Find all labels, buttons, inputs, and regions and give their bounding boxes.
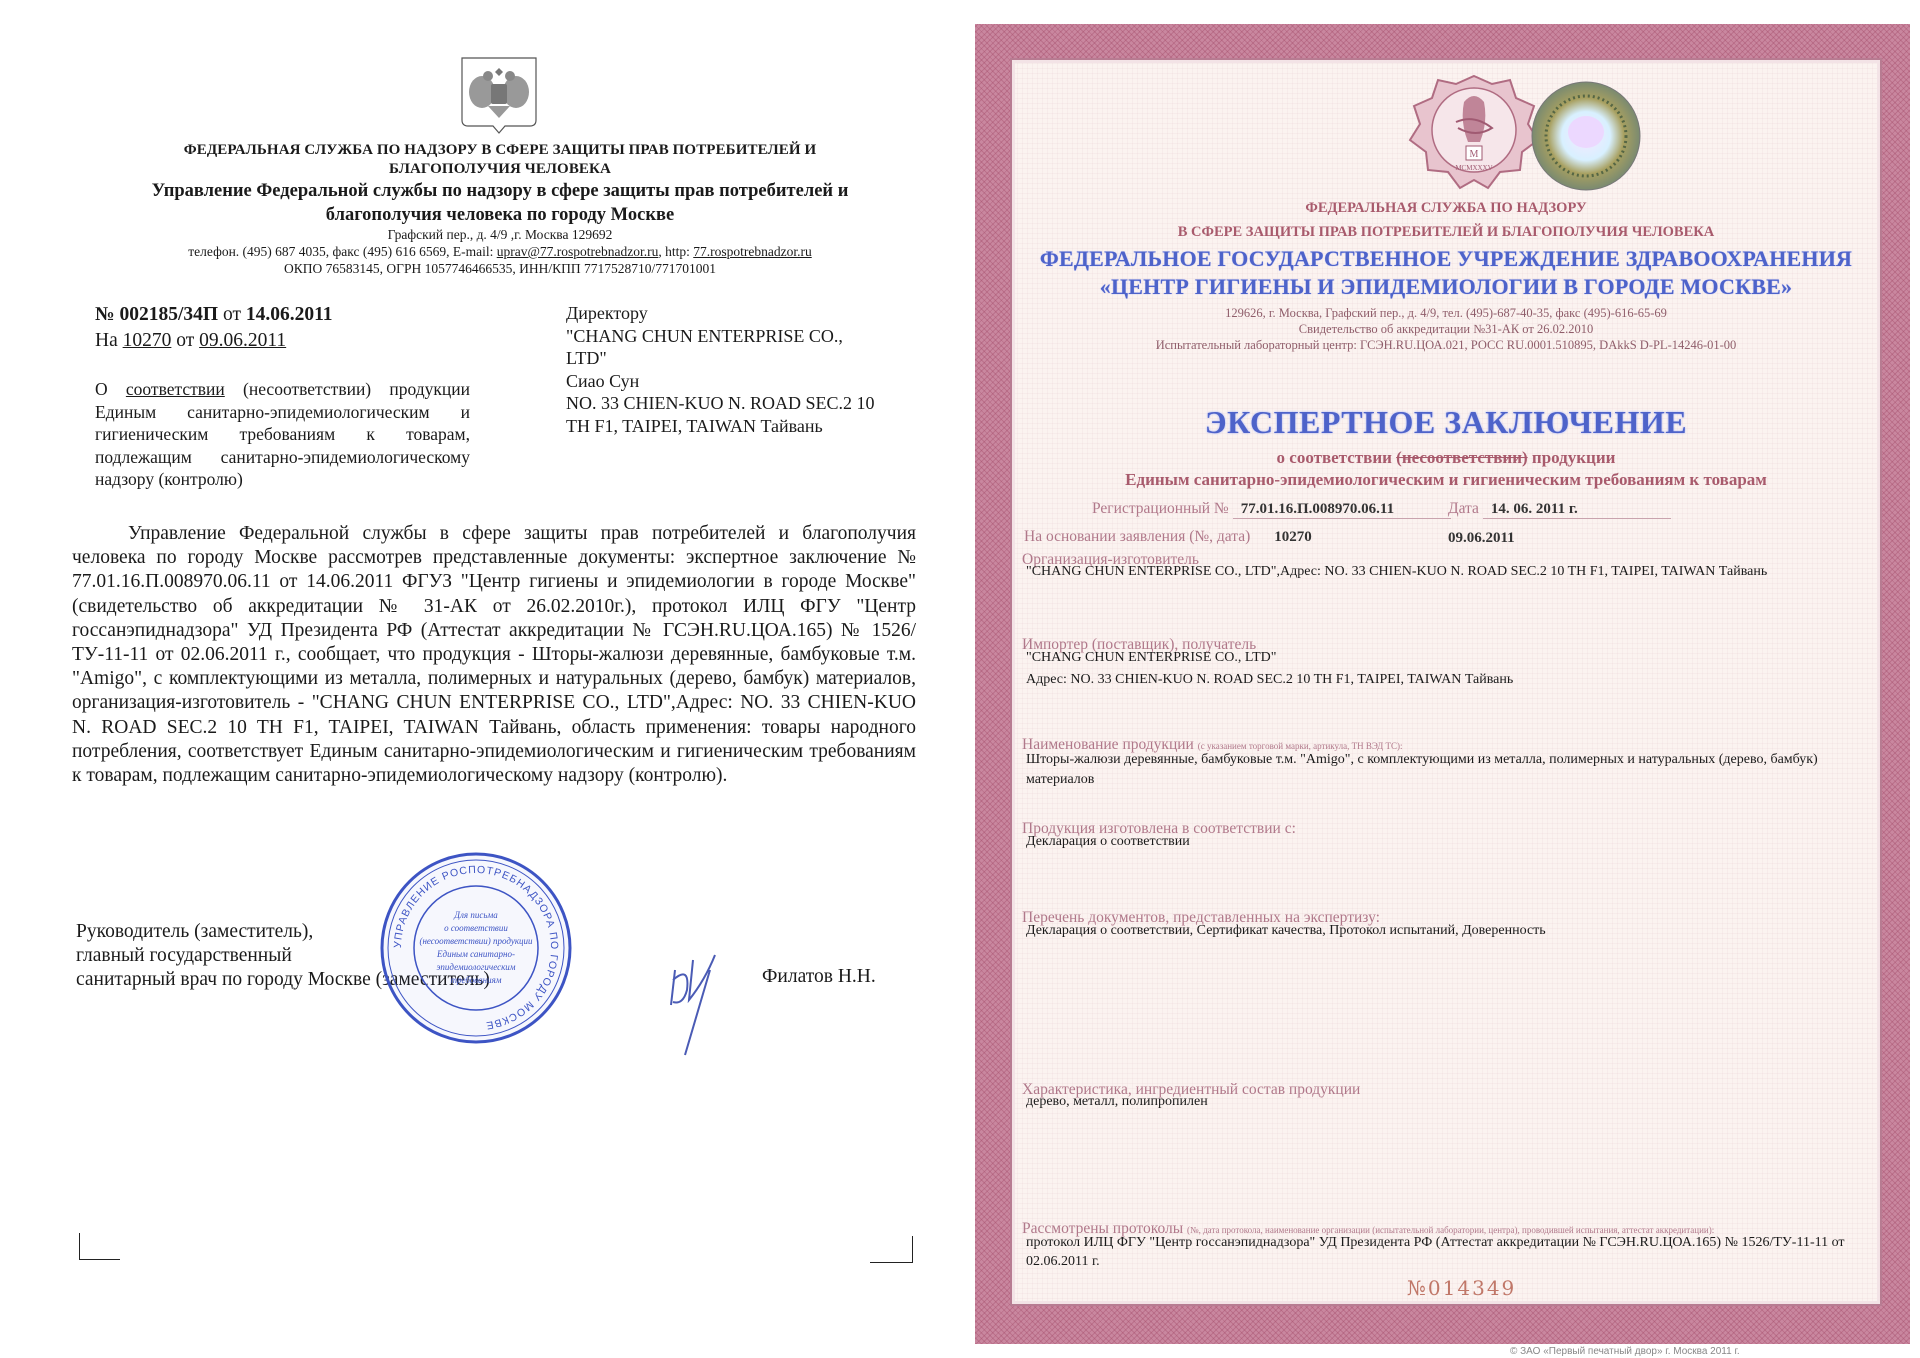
date-value: 14. 06. 2011 г. bbox=[1483, 501, 1671, 519]
expert-conclusion-certificate: M MCMXXXV ФЕДЕРАЛЬНАЯ СЛУЖБА ПО НАДЗОРУ … bbox=[975, 24, 1910, 1344]
addressee-person: Сиао Сун bbox=[566, 370, 896, 393]
svg-text:эпидемиологическим: эпидемиологическим bbox=[436, 962, 515, 972]
number-sign: № bbox=[95, 304, 119, 325]
cert-org-line2: «ЦЕНТР ГИГИЕНЫ И ЭПИДЕМИОЛОГИИ В ГОРОДЕ … bbox=[1012, 274, 1880, 300]
subject-prefix: О bbox=[95, 379, 126, 399]
addressee-block: Директору "CHANG CHUN ENTERPRISE CO., LT… bbox=[566, 302, 896, 437]
importer-value: "CHANG CHUN ENTERPRISE CO., LTD" bbox=[1022, 649, 1852, 667]
reply-date: 09.06.2011 bbox=[199, 330, 286, 351]
subtitle-suffix: продукции bbox=[1528, 448, 1616, 467]
printer-copyright: © ЗАО «Первый печатный двор» г. Москва 2… bbox=[1510, 1346, 1740, 1357]
certificate-paper: M MCMXXXV ФЕДЕРАЛЬНАЯ СЛУЖБА ПО НАДЗОРУ … bbox=[1010, 58, 1882, 1306]
certificate-subtitle: о соответствии (несоответствии) продукци… bbox=[1012, 448, 1880, 468]
addressee-address: NO. 33 CHIEN-KUO N. ROAD SEC.2 10 bbox=[566, 392, 896, 415]
date-field: Дата 14. 06. 2011 г. bbox=[1448, 500, 1671, 519]
application-label: На основании заявления (№, дата) bbox=[1024, 528, 1250, 545]
cert-accreditation: Свидетельство об аккредитации №31-АК от … bbox=[1012, 322, 1880, 338]
cert-lab-center: Испытательный лабораторный центр: ГСЭН.R… bbox=[1012, 338, 1880, 354]
date-label: Дата bbox=[1448, 500, 1479, 517]
department-name-line1: Управление Федеральной службы по надзору… bbox=[70, 179, 930, 203]
reply-number: 10270 bbox=[123, 330, 172, 351]
department-address: Графский пер., д. 4/9 ,г. Москва 129692 bbox=[70, 226, 930, 243]
svg-text:(несоответствии) продукции: (несоответствии) продукции bbox=[419, 936, 533, 946]
composition-value: дерево, металл, полипропилен bbox=[1022, 1093, 1852, 1111]
official-letter: ФЕДЕРАЛЬНАЯ СЛУЖБА ПО НАДЗОРУ В СФЕРЕ ЗА… bbox=[0, 0, 960, 1358]
website-link[interactable]: 77.rospotrebnadzor.ru bbox=[693, 244, 811, 259]
hologram-seal-icon bbox=[1530, 80, 1642, 192]
svg-text:MCMXXXV: MCMXXXV bbox=[1455, 164, 1492, 172]
documents-value: Декларация о соответствии, Сертификат ка… bbox=[1022, 922, 1852, 940]
certificate-subtitle-line2: Единым санитарно-эпидемиологическим и ги… bbox=[1012, 470, 1880, 490]
registration-label: Регистрационный № bbox=[1092, 500, 1229, 517]
svg-text:M: M bbox=[1470, 149, 1479, 160]
application-field: На основании заявления (№, дата) 10270 bbox=[1024, 528, 1312, 546]
svg-text:требованиям: требованиям bbox=[450, 975, 501, 985]
registration-number-field: Регистрационный № 77.01.16.П.008970.06.1… bbox=[1092, 500, 1451, 519]
manufacturer-section: Организация-изготовитель "CHANG CHUN ENT… bbox=[1022, 551, 1852, 581]
registration-value: 77.01.16.П.008970.06.11 bbox=[1233, 501, 1451, 519]
department-registry: ОКПО 76583145, ОГРН 1057746466535, ИНН/К… bbox=[70, 260, 930, 277]
addressee-title: Директору bbox=[566, 302, 896, 325]
signatory-name: Филатов Н.Н. bbox=[762, 966, 876, 988]
svg-text:Единым санитарно-: Единым санитарно- bbox=[436, 949, 515, 959]
incoming-reference: На 10270 от 09.06.2011 bbox=[95, 328, 286, 354]
documents-section: Перечень документов, представленных на э… bbox=[1022, 909, 1852, 940]
separator: от bbox=[218, 304, 246, 325]
application-date: 09.06.2011 bbox=[1448, 530, 1515, 547]
letter-body: Управление Федеральной службы в сфере за… bbox=[72, 522, 916, 788]
cert-org-line1: ФЕДЕРАЛЬНОЕ ГОСУДАРСТВЕННОЕ УЧРЕЖДЕНИЕ З… bbox=[1012, 246, 1880, 272]
svg-text:Для письма: Для письма bbox=[453, 910, 498, 920]
product-section: Наименование продукции (с указанием торг… bbox=[1022, 736, 1852, 790]
subject-underlined: соответствии bbox=[126, 379, 225, 399]
email-link[interactable]: uprav@77.rospotrebnadzor.ru bbox=[497, 244, 659, 259]
svg-text:о соответствии: о соответствии bbox=[444, 923, 508, 933]
certificate-serial-number: №014349 bbox=[1407, 1276, 1516, 1300]
application-number: 10270 bbox=[1274, 529, 1312, 545]
cert-org-address: 129626, г. Москва, Графский пер., д. 4/9… bbox=[1012, 306, 1880, 322]
page-corner-mark-left bbox=[79, 1233, 120, 1260]
contacts-text: , http: bbox=[658, 244, 693, 259]
addressee-company-cont: LTD" bbox=[566, 347, 896, 370]
product-value: Шторы-жалюзи деревянные, бамбуковые т.м.… bbox=[1022, 750, 1852, 790]
letter-number: 002185/34П bbox=[119, 304, 218, 325]
importer-section: Импортер (поставщик), получатель "CHANG … bbox=[1022, 636, 1852, 689]
letter-subject: О соответствии (несоответствии) продукци… bbox=[95, 378, 470, 491]
protocols-value: протокол ИЛЦ ФГУ "Центр госсанэпиднадзор… bbox=[1022, 1233, 1852, 1271]
reply-prefix: На bbox=[95, 330, 123, 351]
contacts-text: телефон. (495) 687 4035, факс (495) 616 … bbox=[188, 244, 496, 259]
manufacturer-value: "CHANG CHUN ENTERPRISE CO., LTD",Адрес: … bbox=[1022, 563, 1852, 581]
protocols-section: Рассмотрены протоколы (№, дата протокола… bbox=[1022, 1220, 1852, 1271]
department-contacts: телефон. (495) 687 4035, факс (495) 616 … bbox=[70, 243, 930, 260]
addressee-address-cont: TH F1, TAIPEI, TAIWAN Тайвань bbox=[566, 415, 896, 438]
page-corner-mark-right bbox=[870, 1236, 913, 1263]
agency-name-line2: БЛАГОПОЛУЧИЯ ЧЕЛОВЕКА bbox=[70, 160, 930, 179]
cert-agency-line1: ФЕДЕРАЛЬНАЯ СЛУЖБА ПО НАДЗОРУ bbox=[1012, 200, 1880, 217]
letter-date: 14.06.2011 bbox=[246, 304, 333, 325]
subtitle-struck: (несоответствии) bbox=[1396, 448, 1528, 467]
department-name-line2: благополучия человека по городу Москве bbox=[70, 203, 930, 227]
subtitle-prefix: о соответствии bbox=[1277, 448, 1397, 467]
certificate-title: ЭКСПЕРТНОЕ ЗАКЛЮЧЕНИЕ bbox=[1012, 404, 1880, 441]
official-round-stamp-icon: УПРАВЛЕНИЕ РОСПОТРЕБНАДЗОРА ПО ГОРОДУ МО… bbox=[376, 848, 576, 1048]
outgoing-number: № 002185/34П от 14.06.2011 bbox=[95, 302, 333, 328]
cert-agency-line2: В СФЕРЕ ЗАЩИТЫ ПРАВ ПОТРЕБИТЕЛЕЙ И БЛАГО… bbox=[1012, 224, 1880, 241]
importer-address: Адрес: NO. 33 CHIEN-KUO N. ROAD SEC.2 10… bbox=[1022, 671, 1852, 689]
agency-name-line1: ФЕДЕРАЛЬНАЯ СЛУЖБА ПО НАДЗОРУ В СФЕРЕ ЗА… bbox=[70, 141, 930, 160]
manufactured-per-section: Продукция изготовлена в соответствии с: … bbox=[1022, 820, 1852, 851]
composition-section: Характеристика, ингредиентный состав про… bbox=[1022, 1081, 1852, 1111]
addressee-company: "CHANG CHUN ENTERPRISE CO., bbox=[566, 325, 896, 348]
russian-coat-of-arms-icon bbox=[458, 54, 540, 136]
manufactured-per-value: Декларация о соответствии bbox=[1022, 833, 1852, 851]
separator: от bbox=[171, 330, 199, 351]
handwritten-signature-icon bbox=[665, 950, 725, 1060]
medical-crest-icon: M MCMXXXV bbox=[1404, 72, 1544, 192]
